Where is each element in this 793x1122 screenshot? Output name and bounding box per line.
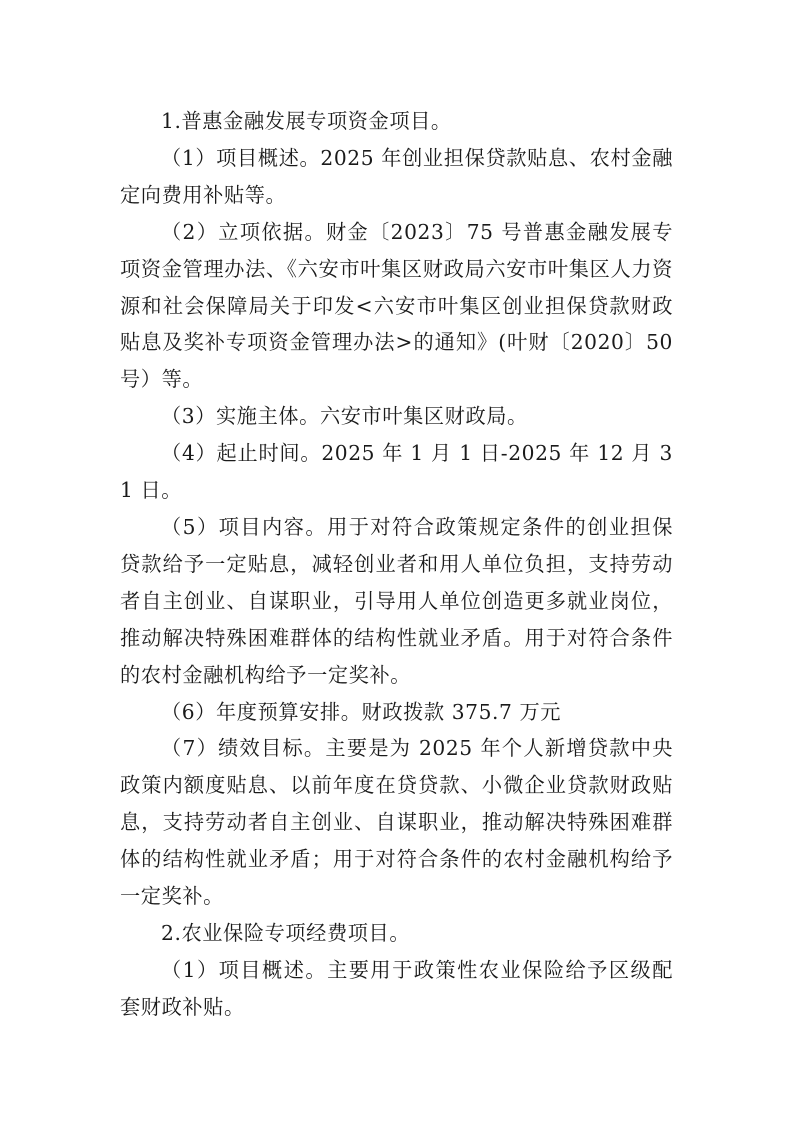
item-overview-2: （1）项目概述。主要用于政策性农业保险给予区级配套财政补贴。 <box>120 952 673 1026</box>
item-content-1: （5）项目内容。用于对符合政策规定条件的创业担保贷款给予一定贴息，减轻创业者和用… <box>120 509 673 694</box>
item-goals-1: （7）绩效目标。主要是为 2025 年个人新增贷款中央政策内额度贴息、以前年度在… <box>120 730 673 915</box>
section-heading-1: 1.普惠金融发展专项资金项目。 <box>120 103 673 140</box>
item-period-1: （4）起止时间。2025 年 1 月 1 日-2025 年 12 月 31 日。 <box>120 435 673 509</box>
item-overview-1: （1）项目概述。2025 年创业担保贷款贴息、农村金融定向费用补贴等。 <box>120 140 673 214</box>
section-heading-2: 2.农业保险专项经费项目。 <box>120 915 673 952</box>
item-basis-1: （2）立项依据。财金〔2023〕75 号普惠金融发展专项资金管理办法、《六安市叶… <box>120 214 673 399</box>
item-budget-1: （6）年度预算安排。财政拨款 375.7 万元 <box>120 694 673 731</box>
document-page: 1.普惠金融发展专项资金项目。 （1）项目概述。2025 年创业担保贷款贴息、农… <box>120 103 673 1026</box>
item-implementer-1: （3）实施主体。六安市叶集区财政局。 <box>120 398 673 435</box>
